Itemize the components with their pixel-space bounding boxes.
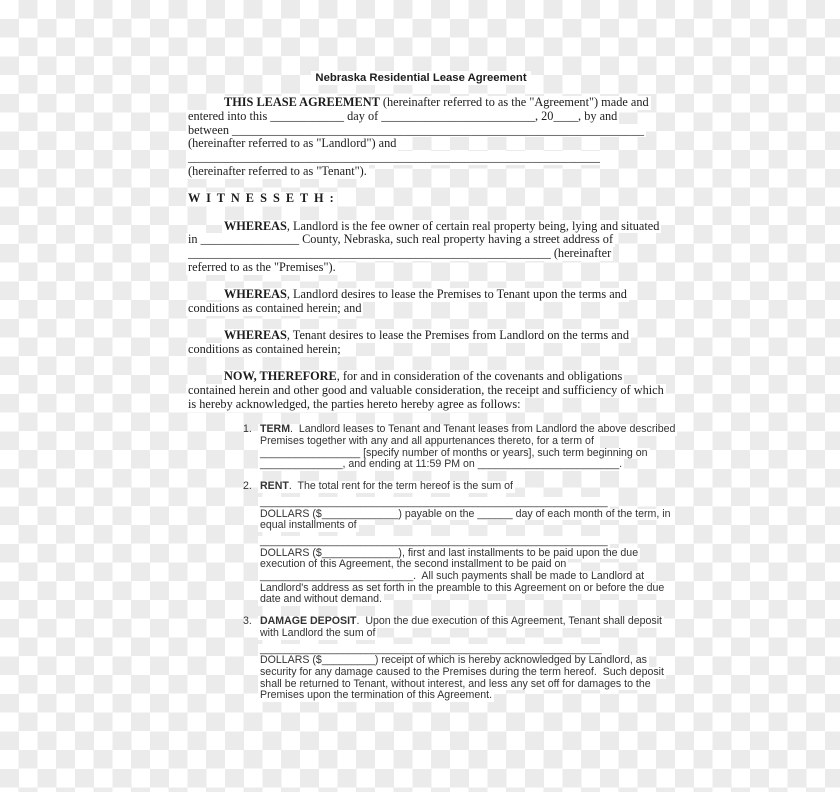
whereas1-line-3: ________________________________________…	[186, 247, 613, 261]
whereas3-line-1-text: , Tenant desires to lease the Premises f…	[287, 328, 629, 342]
term-item-line-4: ______________, and ending at 11:59 PM o…	[258, 459, 624, 471]
whereas1-line-1: WHEREAS, Landlord is the fee owner of ce…	[222, 220, 661, 234]
document-title: Nebraska Residential Lease Agreement	[311, 71, 530, 85]
now-therefore-line-1-text: , for and in consideration of the covena…	[337, 369, 623, 383]
whereas3-bold-lead: WHEREAS	[224, 328, 287, 342]
rent-item-blank-line-1: ________________________________________…	[258, 497, 610, 509]
whereas3-line-2: conditions as contained herein;	[186, 343, 343, 357]
witnesseth-heading: W I T N E S S E T H :	[186, 192, 337, 206]
whereas2-line-1-text: , Landlord desires to lease the Premises…	[287, 287, 627, 301]
rent-item-blank-line-2: ________________________________________…	[258, 536, 610, 548]
term-item-heading: TERM	[260, 423, 290, 435]
now-therefore-bold-lead: NOW, THEREFORE	[224, 369, 337, 383]
intro-line-4: (hereinafter referred to as "Landlord") …	[186, 137, 398, 151]
rent-item-heading: RENT	[260, 480, 289, 492]
transparency-checkerboard: Nebraska Residential Lease Agreement THI…	[0, 0, 840, 792]
term-item-line-2: Premises together with any and all appur…	[258, 436, 596, 448]
now-therefore-line-1: NOW, THEREFORE, for and in consideration…	[222, 370, 624, 384]
whereas2-line-2: conditions as contained herein; and	[186, 302, 363, 316]
damage-deposit-item-number: 3.	[243, 616, 252, 628]
rent-item-number: 2.	[243, 481, 252, 493]
term-item-number: 1.	[243, 424, 252, 436]
intro-line-3: between ________________________________…	[186, 124, 646, 138]
damage-deposit-item-heading: DAMAGE DEPOSIT	[260, 615, 357, 627]
intro-line-2: entered into this ____________ day of __…	[186, 110, 619, 124]
intro-line-6: (hereinafter referred to as "Tenant").	[186, 165, 369, 179]
intro-blank-line: ________________________________________…	[186, 151, 602, 165]
damage-deposit-item-line-2: with Landlord the sum of	[258, 628, 377, 640]
now-therefore-line-3: is hereby acknowledged, the parties here…	[186, 398, 523, 412]
rent-item-line-4: equal installments of	[258, 520, 359, 532]
intro-line-1-text: (hereinafter referred to as the "Agreeme…	[380, 95, 649, 109]
whereas1-line-4: referred to as the "Premises").	[186, 261, 338, 275]
whereas1-line-1-text: , Landlord is the fee owner of certain r…	[287, 219, 660, 233]
intro-line-1: THIS LEASE AGREEMENT (hereinafter referr…	[222, 96, 651, 110]
intro-bold-lead: THIS LEASE AGREEMENT	[224, 95, 380, 109]
rent-item-line-1-text: . The total rent for the term hereof is …	[289, 480, 513, 492]
document-page: Nebraska Residential Lease Agreement THI…	[186, 71, 656, 702]
whereas1-bold-lead: WHEREAS	[224, 219, 287, 233]
damage-deposit-item-line-7: Premises upon the termination of this Ag…	[258, 690, 494, 702]
whereas2-bold-lead: WHEREAS	[224, 287, 287, 301]
whereas3-line-1: WHEREAS, Tenant desires to lease the Pre…	[222, 329, 631, 343]
now-therefore-line-2: contained herein and other good and valu…	[186, 384, 666, 398]
rent-item-line-10: date and without demand.	[258, 594, 384, 606]
whereas2-line-1: WHEREAS, Landlord desires to lease the P…	[222, 288, 629, 302]
whereas1-line-2: in ________________ County, Nebraska, su…	[186, 233, 615, 247]
rent-item-line-1: 2.RENT. The total rent for the term here…	[258, 481, 515, 493]
term-item-line-1-text: . Landlord leases to Tenant and Tenant l…	[290, 423, 675, 435]
damage-deposit-item-line-1-text: . Upon the due execution of this Agreeme…	[357, 615, 662, 627]
damage-deposit-item-line-5: security for any damage caused to the Pr…	[258, 667, 666, 679]
